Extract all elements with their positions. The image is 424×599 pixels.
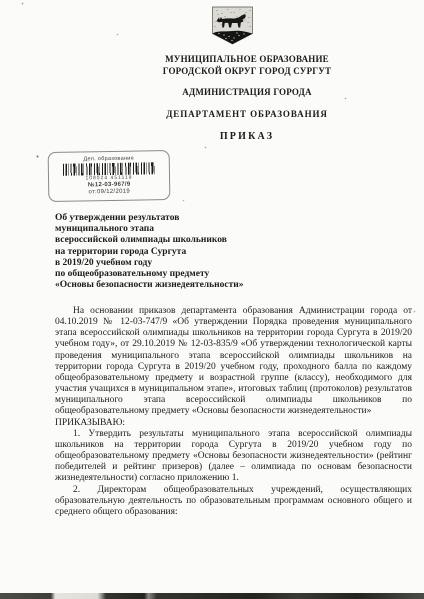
org-name-line2: ГОРОДСКОЙ ОКРУГ ГОРОД СУРГУТ <box>70 66 424 78</box>
registration-date: от:09/12/2019 <box>88 188 130 196</box>
order-body: На основании приказов департамента образ… <box>55 306 412 518</box>
surgut-coat-of-arms-icon <box>212 6 253 45</box>
title-line: Об утверждении результатов <box>55 213 365 224</box>
title-line: в 2019/20 учебном году <box>55 258 365 269</box>
mound <box>213 31 253 44</box>
administration-line: АДМИНИСТРАЦИЯ ГОРОДА <box>70 87 424 99</box>
scan-page-edge <box>0 593 424 599</box>
stamp-department-label: Деп. образования <box>83 156 134 163</box>
title-line: по общеобразовательному предмету <box>55 269 365 280</box>
title-line: на территории города Сургута <box>55 247 365 258</box>
title-line: всероссийской олимпиады школьников <box>55 235 365 246</box>
resolution-word: ПРИКАЗЫВАЮ: <box>55 418 412 429</box>
barcode <box>63 163 155 176</box>
order-item-2: 2. Директорам общеобразовательных учрежд… <box>55 485 412 518</box>
title-line: муниципального этапа <box>55 224 365 235</box>
preamble-paragraph: На основании приказов департамента образ… <box>55 306 412 418</box>
document-page: МУНИЦИПАЛЬНОЕ ОБРАЗОВАНИЕ ГОРОДСКОЙ ОКРУ… <box>0 0 424 599</box>
order-item-1: 1. Утвердить результаты муниципального э… <box>55 429 412 485</box>
document-header: МУНИЦИПАЛЬНОЕ ОБРАЗОВАНИЕ ГОРОДСКОЙ ОКРУ… <box>70 54 424 143</box>
title-line: «Основы безопасности жизнедеятельности» <box>55 280 365 291</box>
order-title: Об утверждении результатов муниципальног… <box>55 213 365 291</box>
department-line: ДЕПАРТАМЕНТ ОБРАЗОВАНИЯ <box>70 109 424 121</box>
document-type-title: ПРИКАЗ <box>70 131 424 143</box>
org-name-line1: МУНИЦИПАЛЬНОЕ ОБРАЗОВАНИЕ <box>70 54 424 66</box>
registration-stamp: Деп. образования 108024 451119 №12-03-96… <box>48 150 171 202</box>
scan-noise <box>0 0 1 1</box>
